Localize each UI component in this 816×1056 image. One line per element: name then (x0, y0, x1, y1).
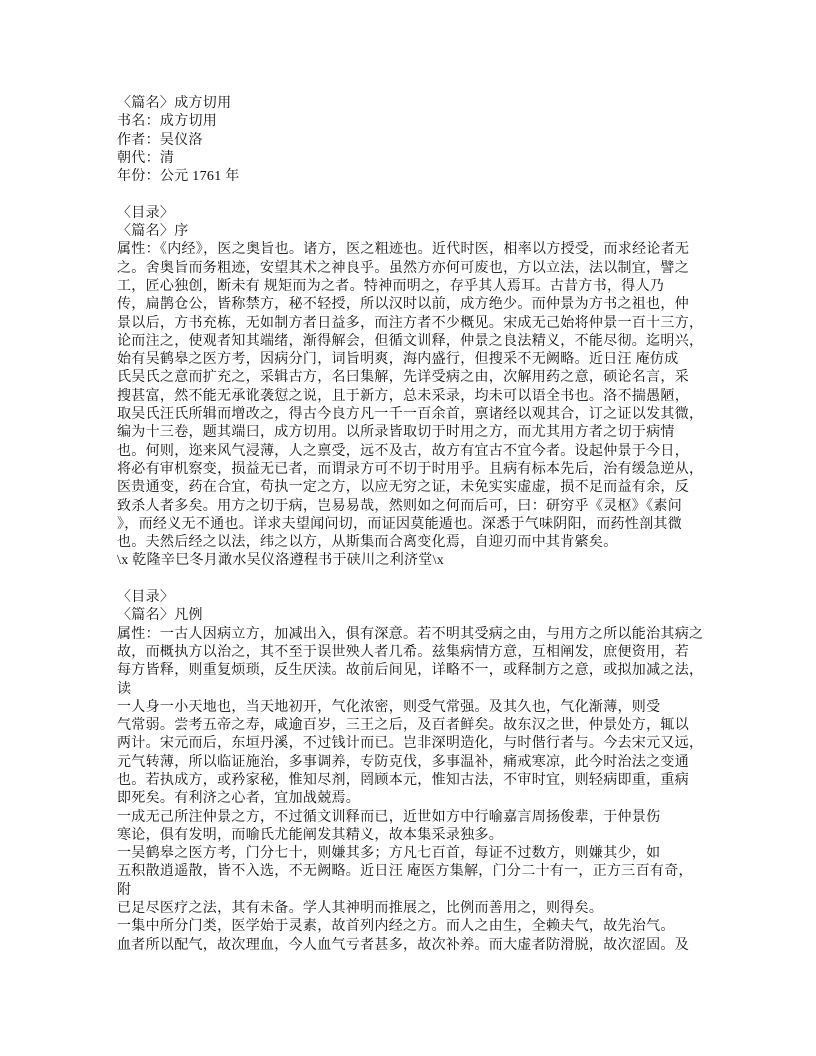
text-line: 元气转薄，所以临证施治，多事调养，专防克伐，多事温补，痛戒寒凉，此今时治法之变通 (117, 754, 777, 772)
text-line: 一吴鹤皋之医方考，门分七十，则嫌其多；方凡七百首，每证不过数方，则嫌其少，如 (117, 845, 777, 863)
text-line: 论而注之，使观者知其端绪，渐得解会，但循文训释，仲景之良法精义，不能尽彻。迄明兴… (117, 333, 777, 351)
text-line: 一成无己所注仲景之方，不过循文训释而已，近世如方中行喻嘉言周扬俊辈，于仲景伤 (117, 809, 777, 827)
text-line: 已足尽医疗之法，其有未备。学人其神明而推展之，比例而善用之，则得矣。 (117, 900, 777, 918)
text-line: 属性：一古人因病立方，加减出入，俱有深意。若不明其受病之由，与用方之所以能治其病… (117, 626, 777, 644)
text-line: 〈目录〉 (117, 589, 777, 607)
text-line: \x 乾隆辛巳冬月澉水吴仪洛遵程书于硖川之利济堂\x (117, 552, 777, 570)
text-line: 一人身一小天地也，当天地初开，气化浓密，则受气常强。及其久也，气化渐薄，则受 (117, 699, 777, 717)
text-line: 两计。宋元而后，东垣丹溪，不过钱计而已。岂非深明造化，与时偕行者与。今去宋元又远… (117, 735, 777, 753)
text-line: 朝代：清 (117, 150, 777, 168)
text-block: 〈篇名〉成方切用书名：成方切用作者：吴仪洛朝代：清年份：公元 1761 年〈目录… (117, 95, 777, 955)
text-line: 故，而概执方以治之，其不至于误世殃人者几希。兹集病情方意，互相阐发，庶便资用，若 (117, 644, 777, 662)
text-line: 也。若执成方，或矜家秘，惟知尽剂，罔顾本元，惟知古法，不审时宜，则轻病即重，重病 (117, 772, 777, 790)
blank-line (117, 186, 777, 204)
text-line: 寒论，俱有发明，而喻氏尤能阐发其精义，故本集采录独多。 (117, 827, 777, 845)
text-line: 也。夫然后经之以法，纬之以方，从斯集而合离变化焉，自迎刃而中其肯綮矣。 (117, 534, 777, 552)
text-line: 将必有审机察变，损益无已者，而谓录方可不切于时用乎。且病有标本先后，治有缓急逆从… (117, 461, 777, 479)
text-line: 作者：吴仪洛 (117, 132, 777, 150)
blank-line (117, 571, 777, 589)
text-line: 〈目录〉 (117, 205, 777, 223)
text-line: 氏吴氏之意而扩充之，采辑古方，名曰集解，先详受病之由，次解用药之意，硕论名言，采 (117, 369, 777, 387)
text-line: 〈篇名〉凡例 (117, 607, 777, 625)
text-line: 五积散逍遥散，皆不入选，不无阙略。近日汪 庵医方集解，门分二十有一，正方三百有奇… (117, 863, 777, 881)
document-page: 〈篇名〉成方切用书名：成方切用作者：吴仪洛朝代：清年份：公元 1761 年〈目录… (0, 0, 816, 1056)
text-line: 每方皆释，则重复烦琐，反生厌渎。故前后间见，详略不一，或释制方之意，或拟加减之法… (117, 662, 777, 680)
text-line: 医贵通变，药在合宜，苟执一定之方，以应无穷之证，未免实实虚虚，损不足而益有余，反 (117, 479, 777, 497)
text-line: 一集中所分门类，医学始于灵素，故首列内经之方。而人之由生，全赖夫气，故先治气。 (117, 918, 777, 936)
text-line: 即死矣。有利济之心者，宜加战兢焉。 (117, 790, 777, 808)
text-line: 》，而经义无不通也。详求夫望闻问切，而证因莫能遁也。深悉于气味阴阳，而药性剖其微 (117, 516, 777, 534)
text-line: 气常弱。尝考五帝之寿，咸逾百岁，三王之后，及百者鲜矣。故东汉之世，仲景处方，辄以 (117, 717, 777, 735)
text-line: 景以后，方书充栋，无如制方者日益多，而注方者不少概见。宋成无己始将仲景一百十三方… (117, 315, 777, 333)
text-line: 始有吴鹤皋之医方考，因病分门，词旨明爽，海内盛行，但搜采不无阙略。近日汪 庵仿成 (117, 351, 777, 369)
text-line: 附 (117, 882, 777, 900)
text-line: 取吴氏汪氏所辑而增改之，得古今良方凡一千一百余首，禀诸经以观其合，订之证以发其微… (117, 406, 777, 424)
text-line: 血者所以配气，故次理血，今人血气亏者甚多，故次补养。而大虚者防滑脱，故次涩固。及 (117, 937, 777, 955)
text-line: 读 (117, 681, 777, 699)
text-line: 之。舍奥旨而务粗迹，安望其术之神良乎。虽然方亦何可废也，方以立法，法以制宜，譬之 (117, 260, 777, 278)
text-line: 致杀人者多矣。用方之切于病，岂易易哉，然则如之何而后可，曰：研穷乎《灵枢》《素问 (117, 498, 777, 516)
document-viewport: { "page": { "background_color": "#ffffff… (0, 0, 816, 1056)
text-line: 年份：公元 1761 年 (117, 168, 777, 186)
text-line: 传，扁鹊仓公，皆称禁方，秘不轻授，所以汉时以前，成方绝少。而仲景为方书之祖也，仲 (117, 296, 777, 314)
text-line: 属性：《内经》，医之奥旨也。诸方，医之粗迹也。近代时医，相率以方授受，而求经论者… (117, 241, 777, 259)
text-line: 编为十三卷，题其端曰，成方切用。以所录皆取切于时用之方，而尤其用方者之切于病情 (117, 424, 777, 442)
text-line: 也。何则，迩来风气浸薄，人之禀受，远不及古，故方有宜古不宜今者。设起仲景于今日， (117, 443, 777, 461)
text-line: 搜甚富，然不能无承讹袭愆之说，且于新方，总未采录，均未可以语全书也。洛不揣愚陋， (117, 388, 777, 406)
text-line: 〈篇名〉序 (117, 223, 777, 241)
text-line: 工，匠心独创，断未有 规矩而为之者。特神而明之，存乎其人焉耳。古昔方书，得人乃 (117, 278, 777, 296)
text-line: 书名：成方切用 (117, 113, 777, 131)
text-line: 〈篇名〉成方切用 (117, 95, 777, 113)
